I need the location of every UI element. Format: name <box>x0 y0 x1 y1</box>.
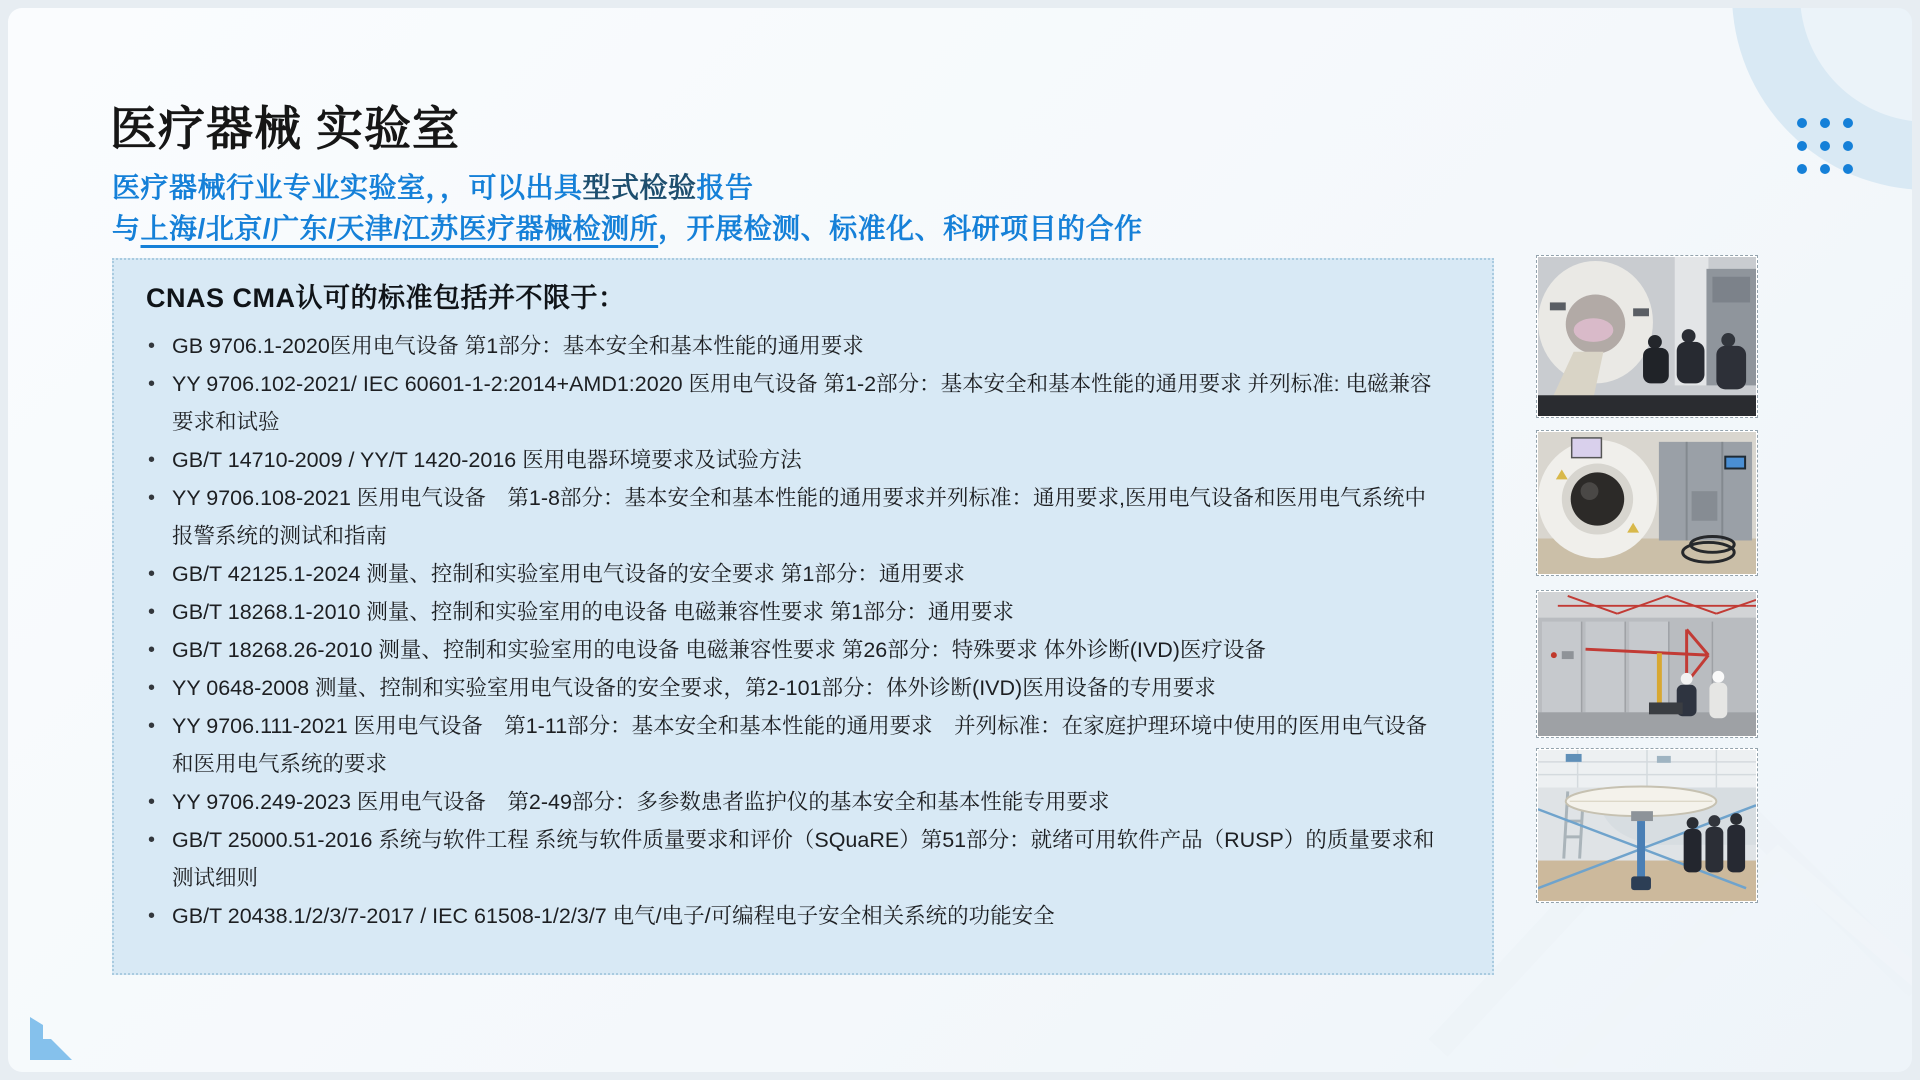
standard-item: •GB/T 14710-2009 / YY/T 1420-2016 医用电器环境… <box>136 441 1436 479</box>
standards-panel-heading: CNAS CMA认可的标准包括并不限于： <box>146 276 1466 315</box>
standard-item: •GB 9706.1-2020医用电气设备 第1部分：基本安全和基本性能的通用要… <box>136 327 1436 365</box>
standard-item: •YY 9706.108-2021 医用电气设备 第1-8部分：基本安全和基本性… <box>136 479 1436 555</box>
bullet-icon: • <box>148 441 155 479</box>
ct-scanner-installation-photo <box>1536 255 1758 418</box>
standard-item-text: YY 9706.108-2021 医用电气设备 第1-8部分：基本安全和基本性能… <box>172 486 1426 548</box>
bullet-icon: • <box>148 897 155 935</box>
standard-item: •YY 9706.102-2021/ IEC 60601-1-2:2014+AM… <box>136 365 1436 441</box>
bullet-icon: • <box>148 707 155 745</box>
standard-item-text: GB/T 18268.26-2010 测量、控制和实验室用的电设备 电磁兼容性要… <box>172 638 1266 662</box>
bullet-icon: • <box>148 631 155 669</box>
emc-test-chamber-photo <box>1536 590 1758 738</box>
dots-grid-decoration <box>1797 118 1853 174</box>
standard-item-text: GB/T 25000.51-2016 系统与软件工程 系统与软件质量要求和评价（… <box>172 828 1434 890</box>
bullet-icon: • <box>148 327 155 365</box>
bullet-icon: • <box>148 555 155 593</box>
standard-item-text: GB/T 42125.1-2024 测量、控制和实验室用电气设备的安全要求 第1… <box>172 562 965 586</box>
standard-item: •GB/T 20438.1/2/3/7-2017 / IEC 61508-1/2… <box>136 897 1436 935</box>
standard-item-text: GB/T 18268.1-2010 测量、控制和实验室用的电设备 电磁兼容性要求… <box>172 600 1014 624</box>
standard-item: •GB/T 42125.1-2024 测量、控制和实验室用电气设备的安全要求 第… <box>136 555 1436 593</box>
bullet-icon: • <box>148 365 155 403</box>
subtitle-line-1: 医疗器械行业专业实验室，，可以出具型式检验报告 <box>112 166 754 206</box>
subtitle-2-underlined-institutes: 上海/北京/广东/天津/江苏医疗器械检测所 <box>141 213 659 244</box>
subtitle-1-post: 报告 <box>697 172 754 203</box>
slide: 医疗器械 实验室 医疗器械行业专业实验室，，可以出具型式检验报告 与上海/北京/… <box>8 8 1912 1072</box>
standard-item-text: YY 0648-2008 测量、控制和实验室用电气设备的安全要求，第2-101部… <box>172 676 1216 700</box>
standard-item-text: YY 9706.111-2021 医用电气设备 第1-11部分：基本安全和基本性… <box>172 714 1427 776</box>
standard-item: •YY 9706.249-2023 医用电气设备 第2-49部分：多参数患者监护… <box>136 783 1436 821</box>
subtitle-line-2: 与上海/北京/广东/天津/江苏医疗器械检测所，开展检测、标准化、科研项目的合作 <box>112 207 1143 247</box>
bullet-icon: • <box>148 593 155 631</box>
disc-antenna-test-room-photo <box>1536 748 1758 903</box>
ct-gantry-equipment-room-photo <box>1536 430 1758 576</box>
standard-item: •YY 0648-2008 测量、控制和实验室用电气设备的安全要求，第2-101… <box>136 669 1436 707</box>
photo-illustration <box>1538 592 1756 736</box>
bullet-icon: • <box>148 479 155 517</box>
standard-item-text: GB/T 14710-2009 / YY/T 1420-2016 医用电器环境要… <box>172 448 802 472</box>
bullet-icon: • <box>148 783 155 821</box>
standard-item: •GB/T 25000.51-2016 系统与软件工程 系统与软件质量要求和评价… <box>136 821 1436 897</box>
corner-arc-decoration <box>1612 8 1912 268</box>
photo-illustration <box>1538 432 1756 574</box>
bullet-icon: • <box>148 669 155 707</box>
standard-item-text: YY 9706.249-2023 医用电气设备 第2-49部分：多参数患者监护仪… <box>172 790 1109 814</box>
standard-item: •YY 9706.111-2021 医用电气设备 第1-11部分：基本安全和基本… <box>136 707 1436 783</box>
page-title: 医疗器械 实验室 <box>110 92 460 159</box>
bottom-left-arrow-decoration <box>28 1016 74 1062</box>
subtitle-1-pre: 医疗器械行业专业实验室，，可以出具 <box>112 172 583 203</box>
standard-item: •GB/T 18268.1-2010 测量、控制和实验室用的电设备 电磁兼容性要… <box>136 593 1436 631</box>
subtitle-2-pre: 与 <box>112 213 141 244</box>
standard-item-text: GB 9706.1-2020医用电气设备 第1部分：基本安全和基本性能的通用要求 <box>172 334 864 358</box>
subtitle-2-post: ，开展检测、标准化、科研项目的合作 <box>658 213 1143 244</box>
standard-item: •GB/T 18268.26-2010 测量、控制和实验室用的电设备 电磁兼容性… <box>136 631 1436 669</box>
standards-panel: CNAS CMA认可的标准包括并不限于： •GB 9706.1-2020医用电气… <box>112 258 1494 975</box>
standard-item-text: GB/T 20438.1/2/3/7-2017 / IEC 61508-1/2/… <box>172 904 1055 928</box>
bullet-icon: • <box>148 821 155 859</box>
standards-list: •GB 9706.1-2020医用电气设备 第1部分：基本安全和基本性能的通用要… <box>136 327 1436 935</box>
photo-illustration <box>1538 750 1756 901</box>
photo-illustration <box>1538 257 1756 416</box>
standard-item-text: YY 9706.102-2021/ IEC 60601-1-2:2014+AMD… <box>172 372 1432 434</box>
subtitle-1-highlight: 型式检验 <box>583 172 697 203</box>
